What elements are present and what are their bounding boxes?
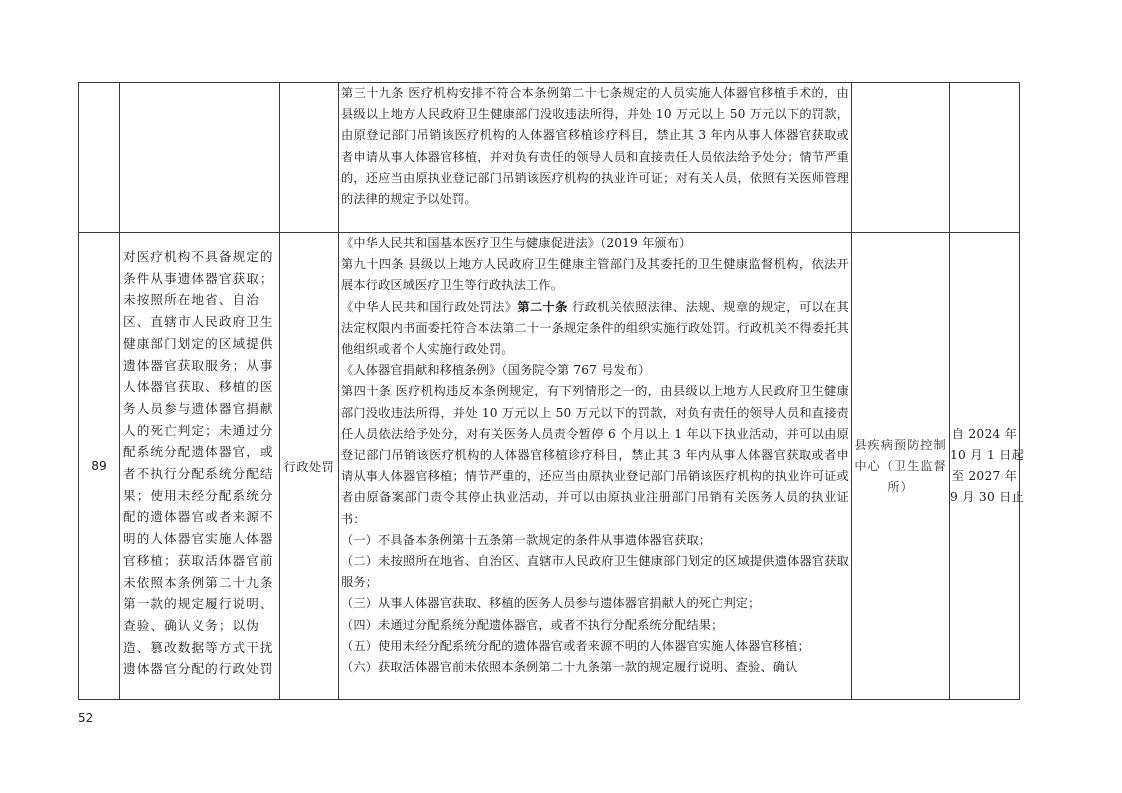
basis-paragraph: （一）不具备本条例第十五条第一款规定的条件从事遗体器官获取； <box>341 530 849 551</box>
basis-paragraph: 《人体器官捐献和移植条例》（国务院令第 767 号发布） <box>341 360 849 381</box>
basis-paragraph: （四）未通过分配系统分配遗体器官，或者不执行分配系统分配结果； <box>341 615 849 636</box>
table-row: 第三十九条 医疗机构安排不符合本条例第二十七条规定的人员实施人体器官移植手术的，… <box>79 83 1020 233</box>
table-row: 89 对医疗机构不具备规定的条件从事遗体器官获取；未按照所在地省、自治区、直辖市… <box>79 233 1020 700</box>
basis-paragraph: （五）使用未经分配系统分配的遗体器官或者来源不明的人体器官实施人体器官移植； <box>341 636 849 657</box>
basis-paragraph: （二）未按照所在地省、自治区、直辖市人民政府卫生健康部门划定的区域提供遗体器官获… <box>341 551 849 593</box>
period-cell <box>950 83 1020 233</box>
org-cell <box>852 83 950 233</box>
document-page: 第三十九条 医疗机构安排不符合本条例第二十七条规定的人员实施人体器官移植手术的，… <box>0 0 1122 793</box>
period-line: 至 2027 年 <box>950 466 1019 487</box>
period-line: 9 月 30 日止 <box>950 487 1019 508</box>
period-line: 10 月 1 日起 <box>950 445 1019 466</box>
basis-paragraph: 《中华人民共和国行政处罚法》第二十条 行政机关依照法律、法规、规章的规定，可以在… <box>341 297 849 361</box>
org-cell: 县疾病预防控制中心（卫生监督所） <box>852 233 950 700</box>
item-text: 对医疗机构不具备规定的条件从事遗体器官获取；未按照所在地省、自治区、直辖市人民政… <box>123 246 277 680</box>
page-number: 52 <box>78 711 93 725</box>
period-cell: 自 2024 年 10 月 1 日起 至 2027 年 9 月 30 日止 <box>950 233 1020 700</box>
legal-basis-cell: 第三十九条 医疗机构安排不符合本条例第二十七条规定的人员实施人体器官移植手术的，… <box>339 83 852 233</box>
law-title: 《中华人民共和国行政处罚法》 <box>341 300 517 314</box>
item-cell: 对医疗机构不具备规定的条件从事遗体器官获取；未按照所在地省、自治区、直辖市人民政… <box>120 233 280 700</box>
type-cell: 行政处罚 <box>280 233 339 700</box>
row-number-cell: 89 <box>79 233 120 700</box>
period-line: 自 2024 年 <box>950 424 1019 445</box>
row-number-cell <box>79 83 120 233</box>
basis-paragraph: 《中华人民共和国基本医疗卫生与健康促进法》（2019 年颁布） <box>341 233 849 254</box>
basis-paragraph: 第四十条 医疗机构违反本条例规定，有下列情形之一的，由县级以上地方人民政府卫生健… <box>341 381 849 529</box>
basis-paragraph: 第三十九条 医疗机构安排不符合本条例第二十七条规定的人员实施人体器官移植手术的，… <box>341 83 849 210</box>
enforcement-table: 第三十九条 医疗机构安排不符合本条例第二十七条规定的人员实施人体器官移植手术的，… <box>78 82 1020 700</box>
basis-paragraph: （三）从事人体器官获取、移植的医务人员参与遗体器官捐献人的死亡判定； <box>341 593 849 614</box>
legal-basis-cell: 《中华人民共和国基本医疗卫生与健康促进法》（2019 年颁布） 第九十四条 县级… <box>339 233 852 700</box>
article-number: 第二十条 <box>517 300 567 314</box>
basis-paragraph: （六）获取活体器官前未依照本条例第二十九条第一款的规定履行说明、查验、确认 <box>341 657 849 678</box>
item-cell <box>120 83 280 233</box>
type-cell <box>280 83 339 233</box>
basis-paragraph: 第九十四条 县级以上地方人民政府卫生健康主管部门及其委托的卫生健康监督机构，依法… <box>341 254 849 296</box>
